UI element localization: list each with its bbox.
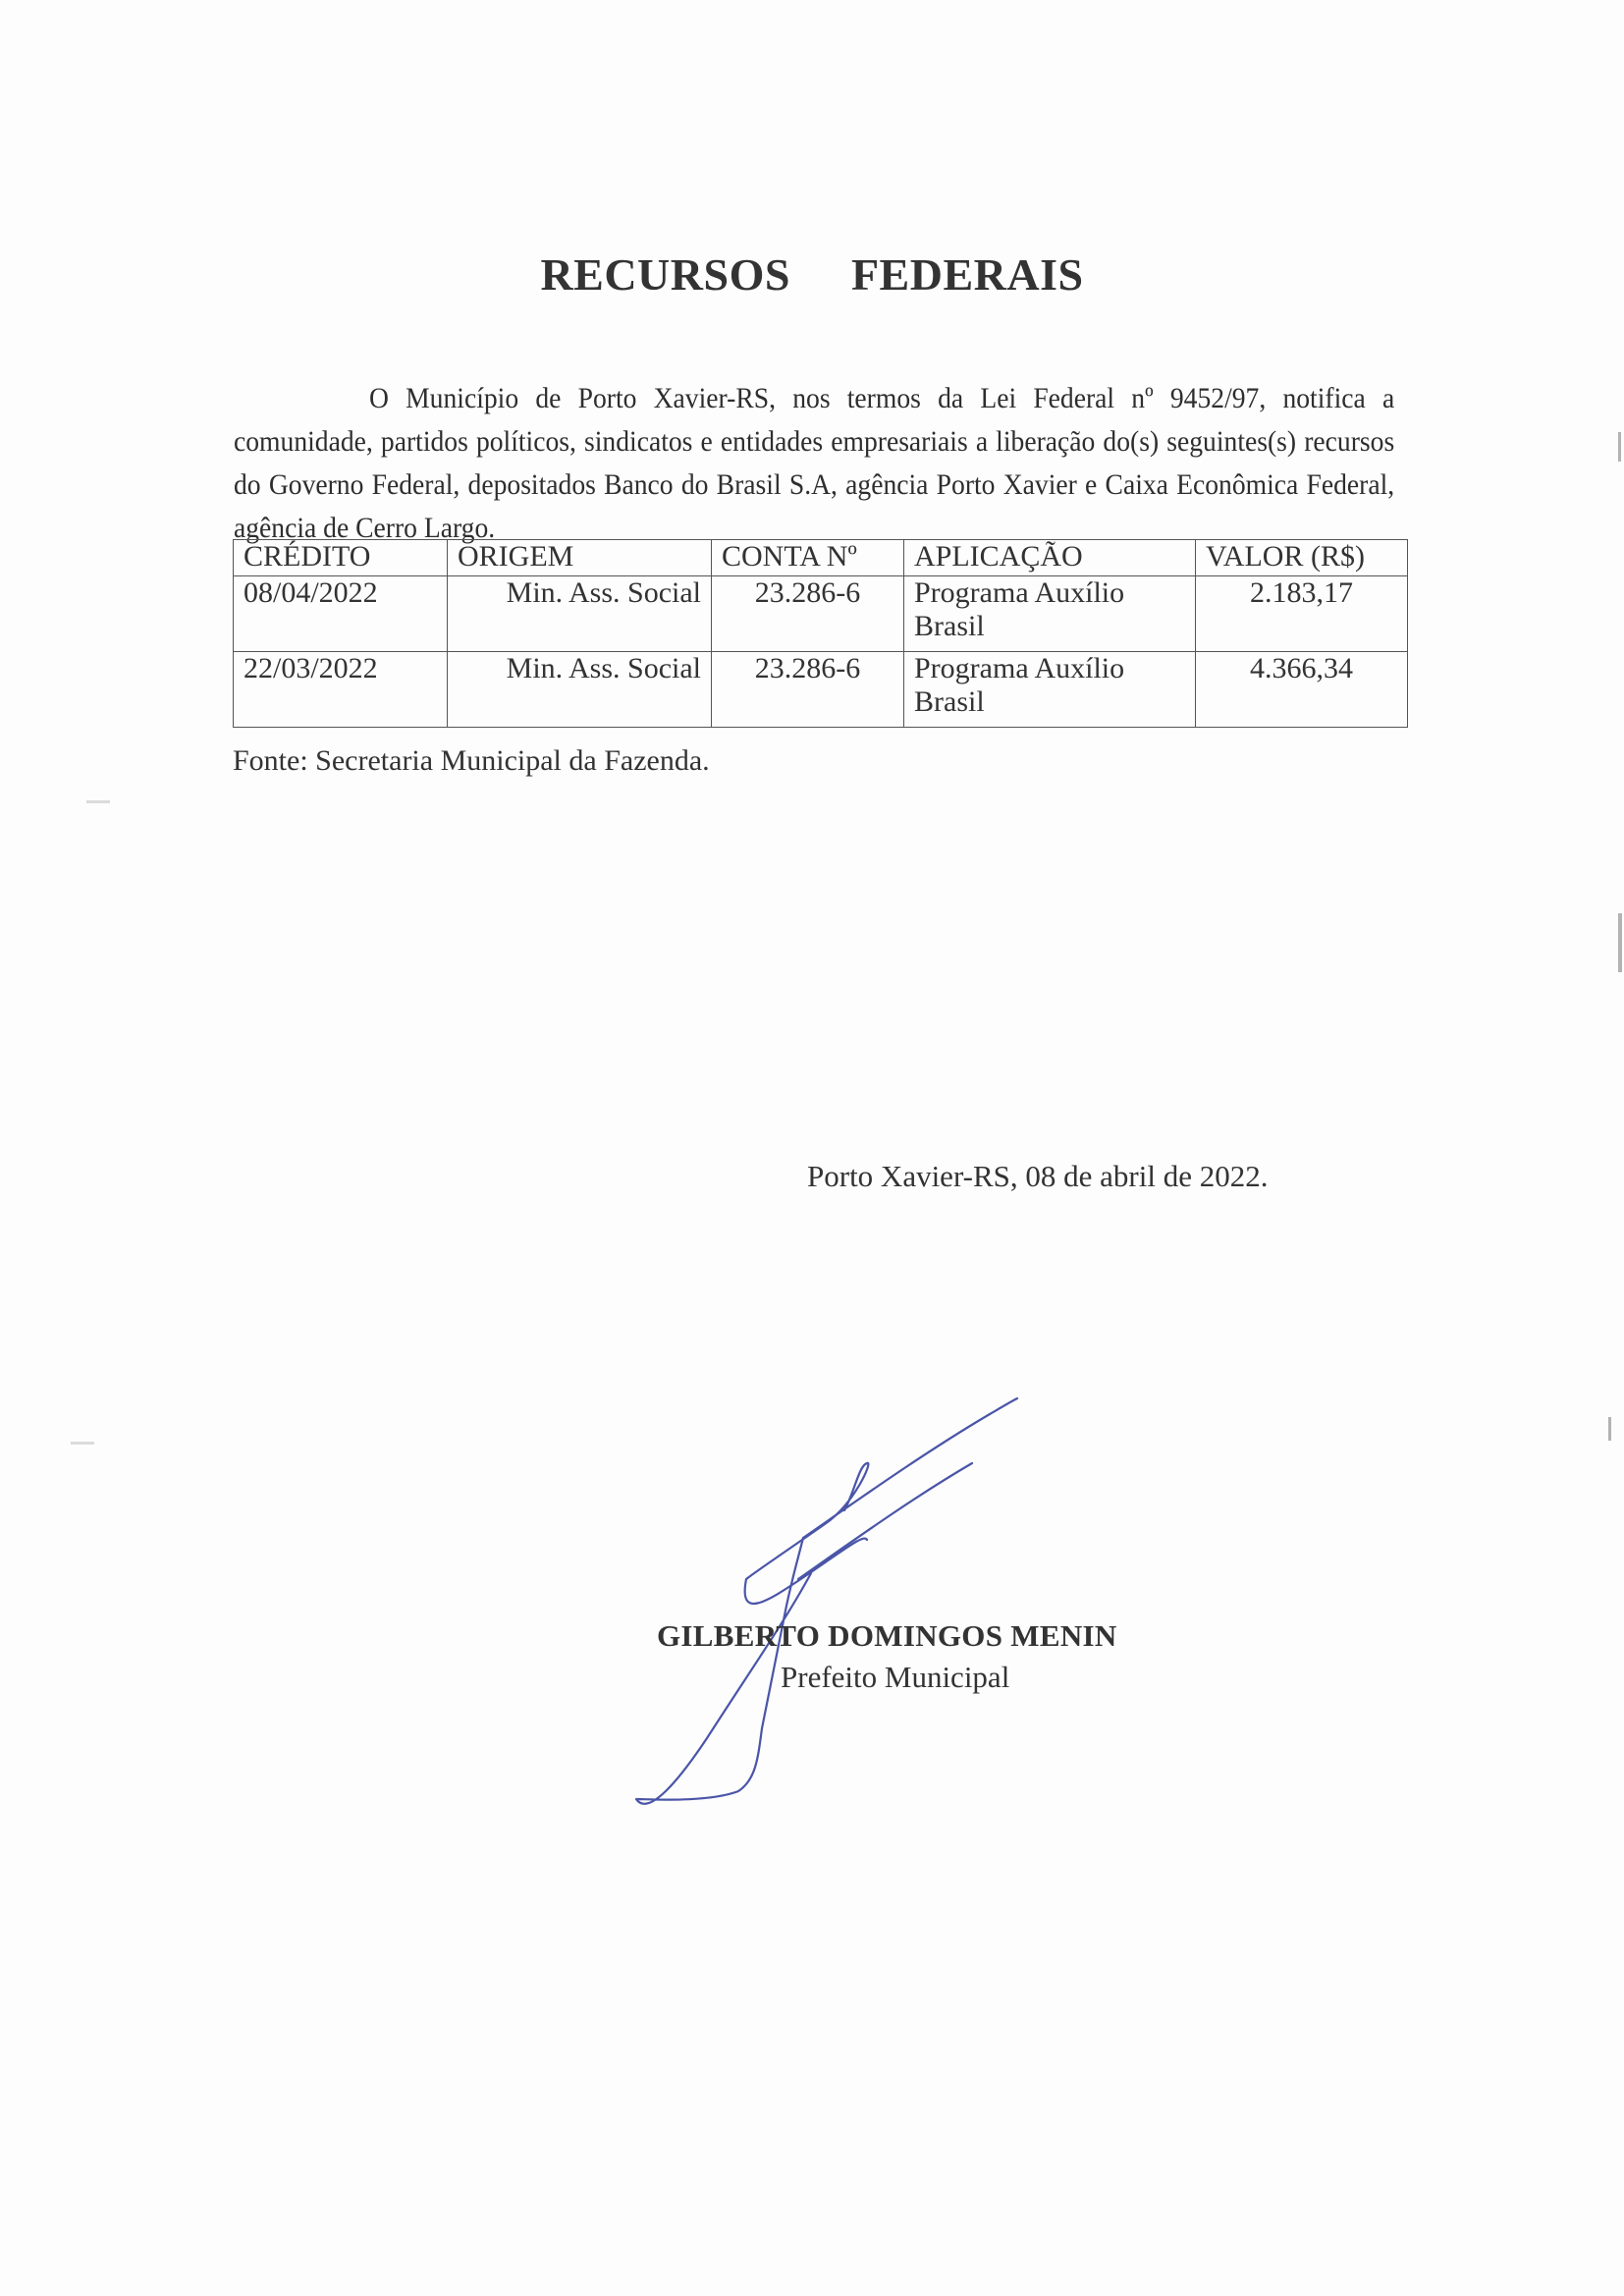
header-origem: ORIGEM [448,540,712,576]
cell-conta: 23.286-6 [712,576,904,652]
scan-mark [1608,1417,1611,1441]
title-word-2: FEDERAIS [851,248,1084,301]
header-conta: CONTA Nº [712,540,904,576]
table-header-row: CRÉDITO ORIGEM CONTA Nº APLICAÇÃO VALOR … [234,540,1408,576]
cell-conta: 23.286-6 [712,652,904,728]
header-valor: VALOR (R$) [1196,540,1408,576]
cell-valor: 4.366,34 [1196,652,1408,728]
scan-mark [86,800,110,803]
document-page: RECURSOSFEDERAIS O Município de Porto Xa… [0,0,1624,2296]
cell-valor: 2.183,17 [1196,576,1408,652]
intro-paragraph: O Município de Porto Xavier-RS, nos term… [234,377,1394,550]
cell-aplicacao: Programa Auxílio Brasil [904,576,1196,652]
document-title: RECURSOSFEDERAIS [0,248,1624,301]
scan-mark [71,1442,94,1445]
intro-text: O Município de Porto Xavier-RS, nos term… [234,382,1394,544]
scan-mark [1618,432,1621,462]
place-and-date: Porto Xavier-RS, 08 de abril de 2022. [807,1159,1268,1194]
handwritten-signature-icon [0,0,1624,2296]
cell-credito: 22/03/2022 [234,652,448,728]
cell-credito: 08/04/2022 [234,576,448,652]
signatory-name: GILBERTO DOMINGOS MENIN [657,1618,1117,1654]
source-note: Fonte: Secretaria Municipal da Fazenda. [233,744,710,778]
cell-origem: Min. Ass. Social [448,652,712,728]
title-word-1: RECURSOS [540,248,790,301]
scan-mark [1618,913,1622,972]
header-credito: CRÉDITO [234,540,448,576]
resources-table: CRÉDITO ORIGEM CONTA Nº APLICAÇÃO VALOR … [233,539,1408,728]
cell-origem: Min. Ass. Social [448,576,712,652]
signatory-role: Prefeito Municipal [781,1660,1009,1695]
header-aplicacao: APLICAÇÃO [904,540,1196,576]
table-row: 22/03/2022 Min. Ass. Social 23.286-6 Pro… [234,652,1408,728]
table-row: 08/04/2022 Min. Ass. Social 23.286-6 Pro… [234,576,1408,652]
cell-aplicacao: Programa Auxílio Brasil [904,652,1196,728]
